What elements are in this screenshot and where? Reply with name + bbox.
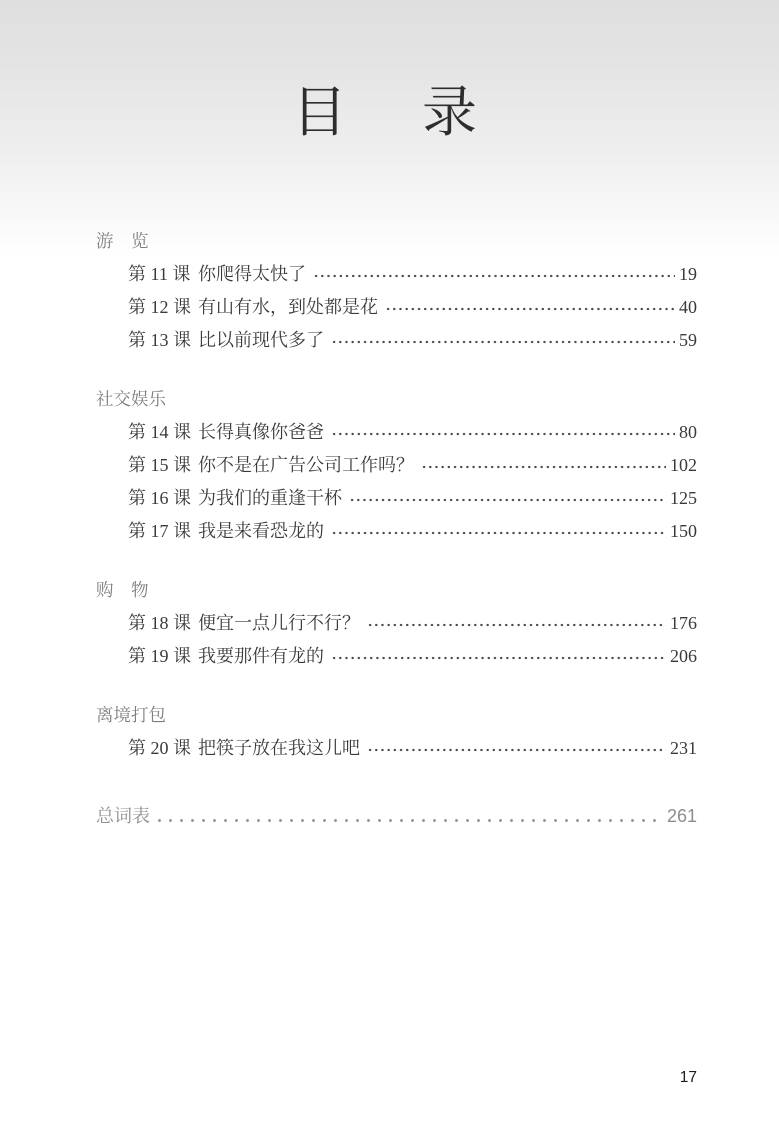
dot-leader [331, 640, 666, 673]
dot-leader [385, 291, 675, 324]
lesson-title: 你不是在广告公司工作吗？ [198, 449, 414, 482]
lesson-page-number: 80 [679, 416, 697, 449]
dot-leader [154, 801, 661, 831]
dot-leader [331, 324, 675, 357]
lesson-page-number: 19 [679, 258, 697, 291]
toc-entry: 第 11 课 你爬得太快了 19 [96, 258, 697, 291]
toc-entry: 第 16 课 为我们的重逢干杯 125 [96, 482, 697, 515]
lesson-list: 第 20 课 把筷子放在我这儿吧 231 [96, 732, 697, 765]
section-heading: 购 物 [96, 574, 697, 607]
lesson-title: 长得真像你爸爸 [198, 416, 324, 449]
section-heading: 社交娱乐 [96, 383, 697, 416]
glossary-label: 总词表 [96, 801, 150, 831]
toc-entry: 第 15 课 你不是在广告公司工作吗？ 102 [96, 449, 697, 482]
toc-entry: 第 12 课 有山有水，到处都是花 40 [96, 291, 697, 324]
lesson-list: 第 14 课 长得真像你爸爸 80 第 15 课 你不是在广告公司工作吗？ 10… [96, 416, 697, 548]
lesson-title: 你爬得太快了 [198, 258, 306, 291]
lesson-page-number: 206 [670, 640, 697, 673]
lesson-title: 有山有水，到处都是花 [198, 291, 378, 324]
toc-entry: 第 18 课 便宜一点儿行不行？ 176 [96, 607, 697, 640]
lesson-title: 我要那件有龙的 [198, 640, 324, 673]
folio-page-number: 17 [680, 1069, 697, 1087]
page-title: 目 录 [0, 0, 779, 146]
lesson-page-number: 176 [670, 607, 697, 640]
lesson-label: 第 18 课 [128, 607, 198, 640]
section-heading: 游 览 [96, 225, 697, 258]
toc-section: 购 物 第 18 课 便宜一点儿行不行？ 176 第 19 课 我要那件有龙的 … [96, 574, 697, 673]
toc-entry: 第 17 课 我是来看恐龙的 150 [96, 515, 697, 548]
toc-list: 游 览 第 11 课 你爬得太快了 19 第 12 课 有山有水，到处都是花 4… [0, 225, 779, 765]
lesson-label: 第 17 课 [128, 515, 198, 548]
lesson-page-number: 125 [670, 482, 697, 515]
lesson-title: 比以前现代多了 [198, 324, 324, 357]
toc-section: 离境打包 第 20 课 把筷子放在我这儿吧 231 [96, 699, 697, 765]
lesson-label: 第 13 课 [128, 324, 198, 357]
lesson-label: 第 19 课 [128, 640, 198, 673]
lesson-label: 第 20 课 [128, 732, 198, 765]
dot-leader [421, 449, 666, 482]
lesson-label: 第 12 课 [128, 291, 198, 324]
lesson-label: 第 16 课 [128, 482, 198, 515]
lesson-page-number: 40 [679, 291, 697, 324]
lesson-page-number: 231 [670, 732, 697, 765]
toc-entry: 第 14 课 长得真像你爸爸 80 [96, 416, 697, 449]
lesson-label: 第 11 课 [128, 258, 198, 291]
toc-entry: 第 19 课 我要那件有龙的 206 [96, 640, 697, 673]
dot-leader [367, 607, 666, 640]
lesson-page-number: 59 [679, 324, 697, 357]
toc-entry: 第 20 课 把筷子放在我这儿吧 231 [96, 732, 697, 765]
lesson-page-number: 102 [670, 449, 697, 482]
lesson-label: 第 15 课 [128, 449, 198, 482]
lesson-page-number: 150 [670, 515, 697, 548]
lesson-title: 便宜一点儿行不行？ [198, 607, 360, 640]
glossary-row: 总词表 261 [0, 801, 779, 831]
lesson-title: 把筷子放在我这儿吧 [198, 732, 360, 765]
dot-leader [367, 732, 666, 765]
dot-leader [331, 515, 666, 548]
lesson-title: 为我们的重逢干杯 [198, 482, 342, 515]
toc-entry: 第 13 课 比以前现代多了 59 [96, 324, 697, 357]
dot-leader [349, 482, 666, 515]
dot-leader [313, 258, 675, 291]
glossary-page-number: 261 [667, 801, 697, 831]
dot-leader [331, 416, 675, 449]
toc-section: 游 览 第 11 课 你爬得太快了 19 第 12 课 有山有水，到处都是花 4… [96, 225, 697, 357]
lesson-list: 第 18 课 便宜一点儿行不行？ 176 第 19 课 我要那件有龙的 206 [96, 607, 697, 673]
toc-page: 目 录 游 览 第 11 课 你爬得太快了 19 第 12 课 有山有水，到处都… [0, 0, 779, 1130]
lesson-title: 我是来看恐龙的 [198, 515, 324, 548]
lesson-list: 第 11 课 你爬得太快了 19 第 12 课 有山有水，到处都是花 40 第 … [96, 258, 697, 357]
toc-section: 社交娱乐 第 14 课 长得真像你爸爸 80 第 15 课 你不是在广告公司工作… [96, 383, 697, 548]
section-heading: 离境打包 [96, 699, 697, 732]
lesson-label: 第 14 课 [128, 416, 198, 449]
